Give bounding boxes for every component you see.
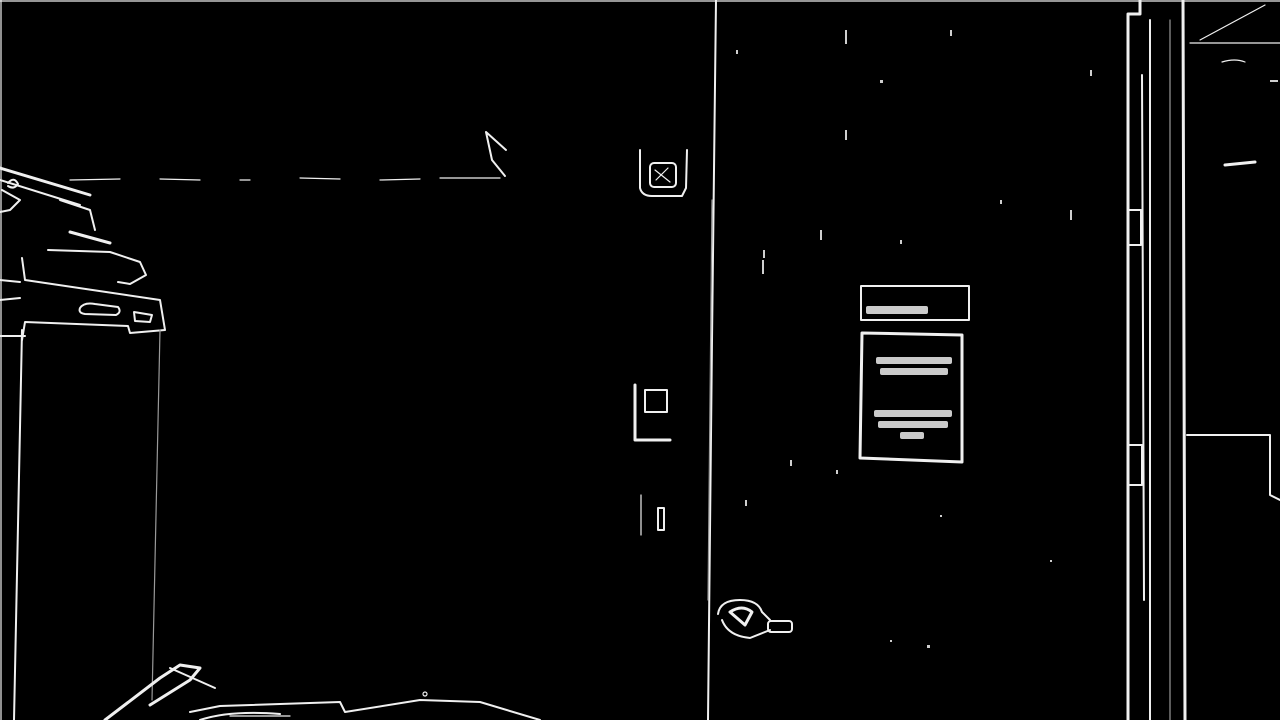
notice-text-bottom bbox=[874, 410, 952, 439]
adjacent-room bbox=[1187, 5, 1280, 500]
printer bbox=[0, 168, 165, 720]
adjacent-door-frame bbox=[1128, 0, 1185, 720]
card-reader bbox=[640, 150, 687, 196]
notice-text-top bbox=[876, 357, 952, 375]
desk-edge bbox=[105, 665, 540, 720]
door-frame-left bbox=[708, 0, 716, 720]
edge-photo bbox=[0, 0, 1280, 720]
wall-ceiling-line bbox=[70, 132, 506, 180]
room-number-plate bbox=[861, 286, 969, 320]
door-specks bbox=[736, 30, 1092, 648]
wall-switch bbox=[635, 385, 670, 440]
wall-sensor bbox=[641, 495, 664, 535]
notice-sign bbox=[860, 333, 962, 462]
door-handle bbox=[718, 600, 792, 638]
